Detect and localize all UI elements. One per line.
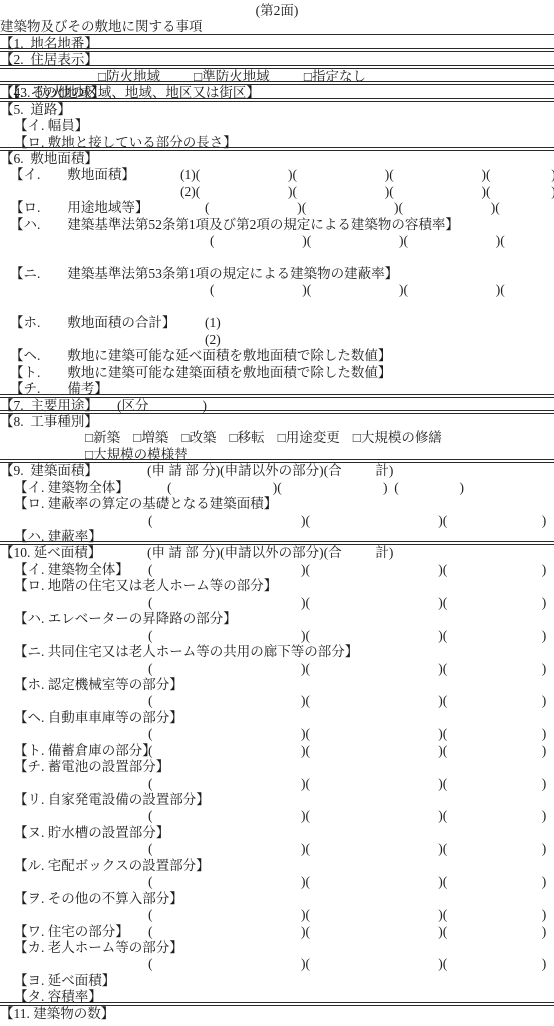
row-section-6-ni: 【ニ. 建築基準法第53条第1項の規定による建築物の建蔽率】: [0, 266, 554, 282]
row-section-6-i2: (2)( )( )( )( ): [0, 184, 554, 200]
section-1-label: 【1. 地名地番】: [0, 36, 98, 52]
main-use-category-field: (区分 ): [117, 398, 207, 414]
s10-he-fields: ( )( )( ): [148, 726, 546, 742]
spacer-row: [0, 299, 554, 315]
s10-ka-label: 【カ. 老人ホーム等の部分】: [0, 940, 183, 956]
form-title: 建築物及びその敷地に関する事項: [0, 19, 203, 35]
row-section-8-options-1: □新築□増築□改築□移転□用途変更□大規模の修繕: [0, 430, 554, 446]
row-section-6-to: 【ト. 敷地に建築可能な建築面積を敷地面積で除した数値】: [0, 365, 554, 381]
row-s10-ni: 【ニ. 共同住宅又は老人ホーム等の共用の廊下等の部分】: [0, 644, 554, 660]
row-s10-chi-fields: ( )( )( ): [0, 776, 554, 792]
row-s10-yo: 【ヨ. 延べ面積】: [0, 973, 554, 989]
section-10-label: 【10. 延べ面積】: [0, 545, 101, 561]
s10-ha-fields: ( )( )( ): [148, 628, 546, 644]
row-s10-ni-fields: ( )( )( ): [0, 661, 554, 677]
work-type-options-1: □新築□増築□改築□移転□用途変更□大規模の修繕: [85, 430, 442, 446]
section-9-i-label: 【イ. 建築物全体】: [0, 480, 129, 496]
s10-ri-label: 【リ. 自家発電設備の設置部分】: [0, 792, 210, 808]
row-s10-ro: 【ロ. 地階の住宅又は老人ホーム等の部分】: [0, 578, 554, 594]
row-section-9-i: 【イ. 建築物全体】( )( ) ( ): [0, 480, 554, 496]
s10-i-fields: ( )( )( ): [148, 562, 546, 578]
row-s10-ho-fields: ( )( )( ): [0, 693, 554, 709]
s10-ru-fields: ( )( )( ): [148, 874, 546, 890]
row-s10-ru-fields: ( )( )( ): [0, 874, 554, 890]
section-2-label: 【2. 住居表示】: [0, 52, 98, 68]
s10-ro-label: 【ロ. 地階の住宅又は老人ホーム等の部分】: [0, 578, 277, 594]
section-6-to-label: 【ト. 敷地に建築可能な建築面積を敷地面積で除した数値】: [0, 365, 391, 381]
s10-ru-label: 【ル. 宅配ボックスの設置部分】: [0, 858, 210, 874]
checkbox-reconstruction[interactable]: □改築: [181, 430, 216, 445]
row-s10-ho: 【ホ. 認定機械室等の部分】: [0, 677, 554, 693]
checkbox-relocation[interactable]: □移転: [229, 430, 264, 445]
s10-ri-fields: ( )( )( ): [148, 808, 546, 824]
row-section-7-main-use: 【7. 主要用途】(区分 ): [0, 398, 554, 414]
checkbox-extension[interactable]: □増築: [133, 430, 168, 445]
row-section-6-chi-remarks: 【チ. 備考】: [0, 381, 554, 397]
s10-wa-fields: ( )( )( ): [148, 924, 546, 940]
section-5-i-label: 【イ. 幅員】: [0, 118, 88, 134]
page-number: (第2面): [0, 3, 554, 19]
section-6-i-label: 【イ. 敷地面積】: [0, 167, 135, 183]
row-s10-ri: 【リ. 自家発電設備の設置部分】: [0, 792, 554, 808]
row-s10-wo-fields: ( )( )( ): [0, 907, 554, 923]
s10-ro-fields: ( )( )( ): [148, 595, 546, 611]
s10-wa-label: 【ワ. 住宅の部分】: [0, 924, 129, 940]
row-s10-nu: 【ヌ. 貯水槽の設置部分】: [0, 825, 554, 841]
row-section-9-building-area: 【9. 建築面積】(申 請 部 分)(申請以外の部分)(合 計): [0, 463, 554, 479]
site-area-total-2: (2): [205, 332, 221, 348]
s10-chi-label: 【チ. 蓄電池の設置部分】: [0, 759, 169, 775]
row-section-6-ha: 【ハ. 建築基準法第52条第1項及び第2項の規定による建築物の容積率】: [0, 217, 554, 233]
row-s10-ta: 【タ. 容積率】: [0, 989, 554, 1005]
row-section-9-ro-fields: ( )( )( ): [0, 513, 554, 529]
row-s10-nu-fields: ( )( )( ): [0, 841, 554, 857]
section-8-label: 【8. 工事種別】: [0, 414, 98, 430]
page-number-label: (第2面): [256, 3, 299, 19]
section-6-ha-label: 【ハ. 建築基準法第52条第1項及び第2項の規定による建築物の容積率】: [0, 217, 459, 233]
fire-zone-options: □防火地域□準防火地域□指定なし: [98, 69, 366, 85]
row-section-6-ho2: (2): [0, 332, 554, 348]
row-s10-ha-fields: ( )( )( ): [0, 628, 554, 644]
s10-chi-fields: ( )( )( ): [148, 776, 546, 792]
row-s10-wo: 【ヲ. その他の不算入部分】: [0, 891, 554, 907]
checkbox-use-change[interactable]: □用途変更: [278, 430, 340, 445]
checkbox-fire-zone[interactable]: □防火地域: [98, 69, 160, 84]
row-section-9-ha-coverage: 【ハ. 建蔽率】: [0, 529, 554, 545]
row-section-6-ro: 【ロ. 用途地域等】( )( )( )( ): [0, 200, 554, 216]
row-section-8-options-2: □大規模の模様替: [0, 447, 554, 463]
row-s10-wa: 【ワ. 住宅の部分】( )( )( ): [0, 924, 554, 940]
section-9-ro-label: 【ロ. 建蔽率の算定の基礎となる建築面積】: [0, 496, 277, 512]
row-s10-ka: 【カ. 老人ホーム等の部分】: [0, 940, 554, 956]
checkbox-semi-fire-zone[interactable]: □準防火地域: [194, 69, 270, 84]
row-s10-ru: 【ル. 宅配ボックスの設置部分】: [0, 858, 554, 874]
form-title-row: 建築物及びその敷地に関する事項: [0, 19, 554, 35]
row-s10-ro-fields: ( )( )( ): [0, 595, 554, 611]
s10-ho-fields: ( )( )( ): [148, 693, 546, 709]
row-s10-to: 【ト. 備蓄倉庫の部分】( )( )( ): [0, 743, 554, 759]
s10-yo-label: 【ヨ. 延べ面積】: [0, 973, 115, 989]
section-6-label: 【6. 敷地面積】: [0, 151, 98, 167]
section-6-ni-label: 【ニ. 建築基準法第53条第1項の規定による建築物の建蔽率】: [0, 266, 398, 282]
row-section-10-total-floor-area: 【10. 延べ面積】(申 請 部 分)(申請以外の部分)(合 計): [0, 545, 554, 561]
site-area-fields-2: (2)( )( )( )( ): [180, 184, 554, 200]
section-7-label: 【7. 主要用途】: [0, 398, 98, 414]
section-6-chi-label: 【チ. 備考】: [0, 381, 108, 397]
site-area-total-1: (1): [205, 315, 221, 331]
s10-ka-fields: ( )( )( ): [148, 956, 546, 972]
checkbox-major-repair[interactable]: □大規模の修繕: [353, 430, 442, 445]
row-section-6-ha-fields: ( )( )( )( ): [0, 233, 554, 249]
row-s10-ri-fields: ( )( )( ): [0, 808, 554, 824]
section-10-column-header: (申 請 部 分)(申請以外の部分)(合 計): [147, 545, 393, 561]
spacer-row: [0, 250, 554, 266]
building-coverage-fields: ( )( )( )( ): [210, 282, 554, 298]
s10-nu-label: 【ヌ. 貯水槽の設置部分】: [0, 825, 169, 841]
row-s10-he-fields: ( )( )( ): [0, 726, 554, 742]
section-9-label: 【9. 建築面積】: [0, 463, 98, 479]
use-district-fields: ( )( )( )( ): [205, 200, 554, 216]
row-section-1-lot-number: 【1. 地名地番】: [0, 36, 554, 52]
s10-he-label: 【ヘ. 自動車車庫等の部分】: [0, 710, 183, 726]
s10-ni-label: 【ニ. 共同住宅又は老人ホーム等の共用の廊下等の部分】: [0, 644, 358, 660]
s10-to-label: 【ト. 備蓄倉庫の部分】: [0, 743, 156, 759]
s10-ha-label: 【ハ. エレベーターの昇降路の部分】: [0, 611, 237, 627]
row-section-5-road: 【5. 道路】: [0, 102, 554, 118]
section-6-ho-label: 【ホ. 敷地面積の合計】: [0, 315, 175, 331]
site-area-fields-1: (1)( )( )( )( ): [180, 167, 554, 183]
row-section-6-site-area: 【6. 敷地面積】: [0, 151, 554, 167]
row-section-5-frontage: 【ロ. 敷地と接している部分の長さ】: [0, 135, 554, 151]
work-type-options-2: □大規模の模様替: [85, 447, 188, 463]
row-section-8-work-type: 【8. 工事種別】: [0, 414, 554, 430]
s10-i-label: 【イ. 建築物全体】: [0, 562, 129, 578]
row-s10-ha: 【ハ. エレベーターの昇降路の部分】: [0, 611, 554, 627]
section-11-label: 【11. 建築物の数】: [0, 1006, 114, 1022]
section-9-column-header: (申 請 部 分)(申請以外の部分)(合 計): [147, 463, 393, 479]
row-s10-chi: 【チ. 蓄電池の設置部分】: [0, 759, 554, 775]
section-9-ha-label: 【ハ. 建蔽率】: [0, 529, 102, 545]
row-section-6-ni-fields: ( )( )( )( ): [0, 282, 554, 298]
section-5-label: 【5. 道路】: [0, 102, 71, 118]
floor-area-ratio-fields: ( )( )( )( ): [210, 233, 554, 249]
row-section-4-other-districts: 【4. その他の区域、地域、地区又は街区】: [0, 85, 554, 101]
row-s10-he: 【ヘ. 自動車車庫等の部分】: [0, 710, 554, 726]
row-section-5-width: 【イ. 幅員】: [0, 118, 554, 134]
s10-wo-fields: ( )( )( ): [148, 907, 546, 923]
row-section-6-ho: 【ホ. 敷地面積の合計】(1): [0, 315, 554, 331]
row-section-6-i: 【イ. 敷地面積】(1)( )( )( )( ): [0, 167, 554, 183]
row-section-11-number-of-buildings: 【11. 建築物の数】: [0, 1006, 554, 1022]
building-area-whole-fields: ( )( ) ( ): [167, 480, 464, 496]
row-s10-ka-fields: ( )( )( ): [0, 956, 554, 972]
row-s10-i: 【イ. 建築物全体】( )( )( ): [0, 562, 554, 578]
row-section-6-he: 【ヘ. 敷地に建築可能な延べ面積を敷地面積で除した数値】: [0, 348, 554, 364]
checkbox-new-construction[interactable]: □新築: [85, 430, 120, 445]
checkbox-no-designation[interactable]: □指定なし: [304, 69, 366, 84]
section-6-he-label: 【ヘ. 敷地に建築可能な延べ面積を敷地面積で除した数値】: [0, 348, 391, 364]
s10-ni-fields: ( )( )( ): [148, 661, 546, 677]
section-4-label: 【4. その他の区域、地域、地区又は街区】: [0, 85, 260, 101]
row-section-2-address: 【2. 住居表示】: [0, 52, 554, 68]
s10-wo-label: 【ヲ. その他の不算入部分】: [0, 891, 183, 907]
s10-to-fields: ( )( )( ): [148, 743, 546, 759]
section-6-ro-label: 【ロ. 用途地域等】: [0, 200, 148, 216]
checkbox-major-remodeling[interactable]: □大規模の模様替: [85, 447, 188, 462]
coverage-basis-fields: ( )( )( ): [148, 513, 546, 529]
s10-ta-label: 【タ. 容積率】: [0, 989, 102, 1005]
row-section-9-ro: 【ロ. 建蔽率の算定の基礎となる建築面積】: [0, 496, 554, 512]
section-5-ro-label: 【ロ. 敷地と接している部分の長さ】: [0, 135, 237, 151]
s10-nu-fields: ( )( )( ): [148, 841, 546, 857]
s10-ho-label: 【ホ. 認定機械室等の部分】: [0, 677, 183, 693]
row-section-3-fire-zone: 【3. 防火地域】□防火地域□準防火地域□指定なし: [0, 69, 554, 85]
